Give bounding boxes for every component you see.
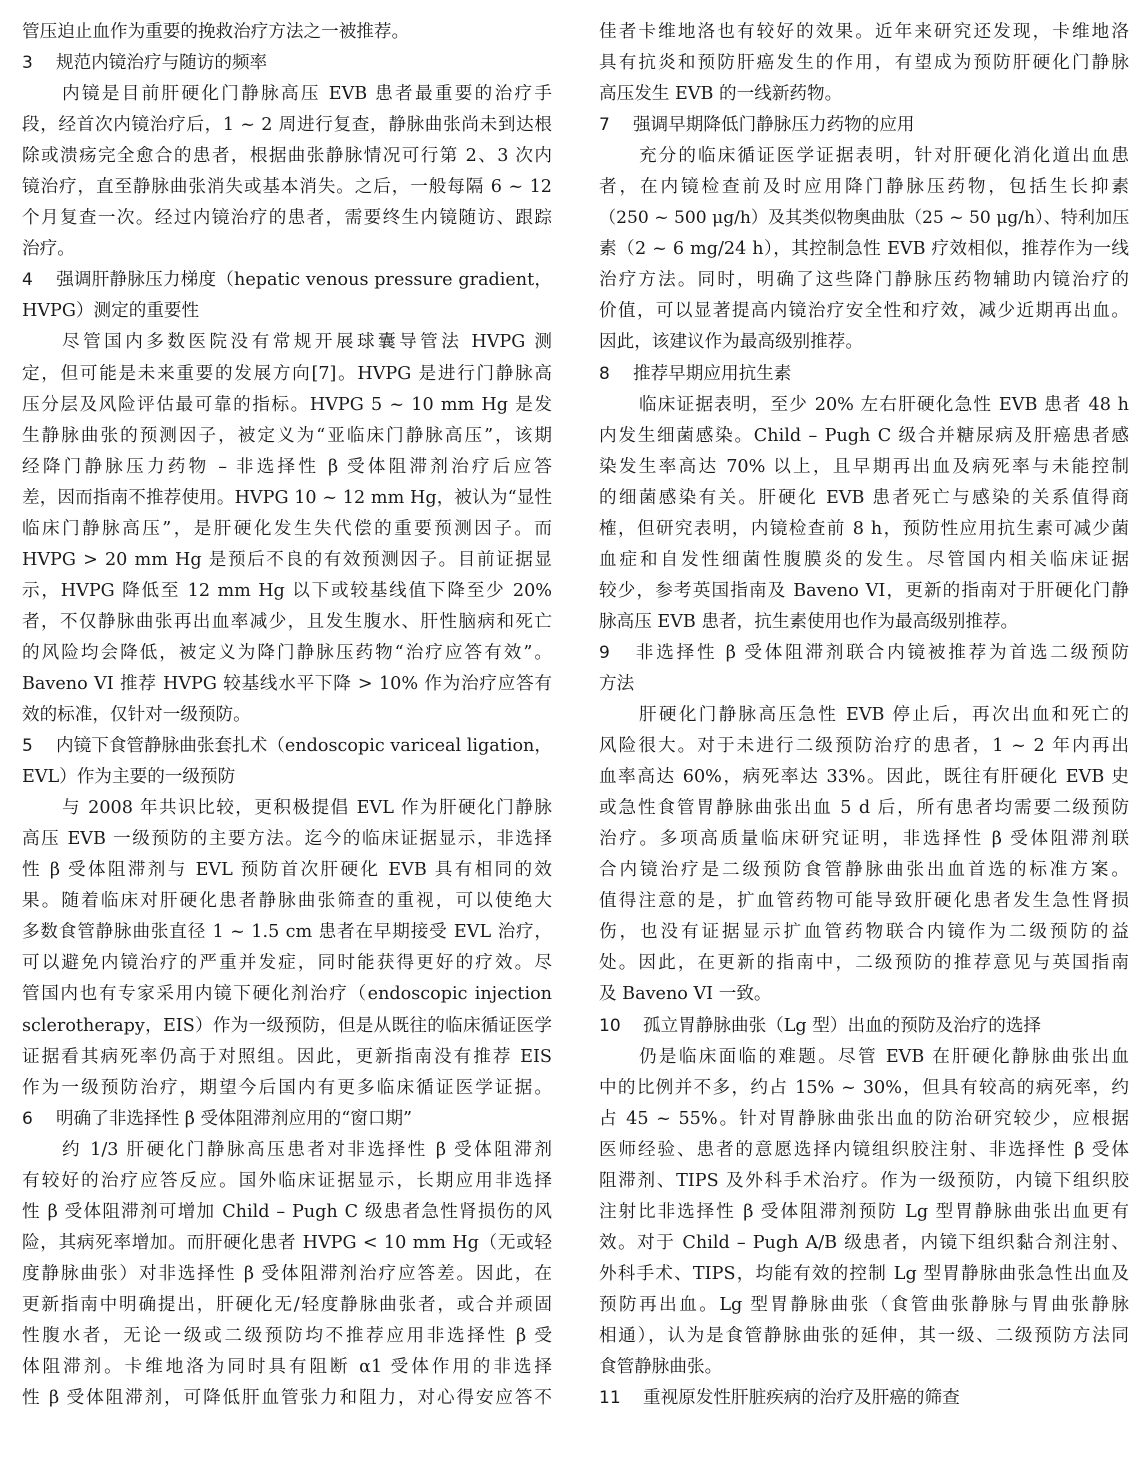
paragraph-line: 具有抗炎和预防肝癌发生的作用，有望成为预防肝硬化门静脉 (599, 48, 1129, 79)
paragraph-line: （250 ~ 500 μg/h）及其类似物奥曲肽（25 ~ 50 μg/h）、特… (599, 203, 1129, 234)
paragraph-line: 可以避免内镜治疗的严重并发症，同时能获得更好的疗效。尽 (22, 948, 552, 979)
paragraph-line: 差，因而指南不推荐使用。HVPG 10 ~ 12 mm Hg，被认为“显性 (22, 483, 552, 514)
paragraph-line: 榷，但研究表明，内镜检查前 8 h，预防性应用抗生素可减少菌 (599, 514, 1129, 545)
paragraph-line: 经降门静脉压力药物 – 非选择性 β 受体阻滞剂治疗后应答 (22, 452, 552, 483)
section-title: 明确了非选择性 β 受体阻滞剂应用的“窗口期” (56, 1109, 412, 1129)
paragraph-line: 占 45 ~ 55%。针对胃静脉曲张出血的防治研究较少，应根据 (599, 1104, 1129, 1135)
paragraph-line: 食管静脉曲张。 (599, 1352, 1129, 1383)
paragraph-line: 高压 EVB 一级预防的主要方法。迄今的临床证据显示，非选择 (22, 824, 552, 855)
paragraph-line: EVL）作为主要的一级预防 (22, 762, 552, 793)
paragraph-line: 佳者卡维地洛也有较好的效果。近年来研究还发现，卡维地洛 (599, 17, 1129, 48)
paragraph-line: 治疗方法。同时，明确了这些降门静脉压药物辅助内镜治疗的 (599, 265, 1129, 296)
paragraph-line: 内发生细菌感染。Child – Pugh C 级合并糖尿病及肝癌患者感 (599, 421, 1129, 452)
section-title: 推荐早期应用抗生素 (633, 364, 791, 384)
section-title: 内镜下食管静脉曲张套扎术（endoscopic variceal ligatio… (56, 736, 552, 756)
paragraph-first-line: 肝硬化门静脉高压急性 EVB 停止后，再次出血和死亡的 (599, 700, 1129, 731)
paragraph-line: 性 β 受体阻滞剂，可降低肝血管张力和阻力，对心得安应答不 (22, 1383, 552, 1414)
paragraph-line: 段，经首次内镜治疗后，1 ~ 2 周进行复查，静脉曲张尚未到达根 (22, 110, 552, 141)
paragraph-line: 处。因此，在更新的指南中，二级预防的推荐意见与英国指南 (599, 948, 1129, 979)
paragraph-line: 治疗。 (22, 234, 552, 265)
paragraph-line: 脉高压 EVB 患者，抗生素使用也作为最高级别推荐。 (599, 607, 1129, 638)
paragraph-line: 预防再出血。Lg 型胃静脉曲张（食管曲张静脉与胃曲张静脉 (599, 1290, 1129, 1321)
paragraph-line: 作为一级预防治疗，期望今后国内有更多临床循证医学证据。 (22, 1073, 552, 1104)
paragraph-line: 的细菌感染有关。肝硬化 EVB 患者死亡与感染的关系值得商 (599, 483, 1129, 514)
paragraph-line: 相通），认为是食管静脉曲张的延伸，其一级、二级预防方法同 (599, 1321, 1129, 1352)
paragraph-line: 除或溃疡完全愈合的患者，根据曲张静脉情况可行第 2、3 次内 (22, 141, 552, 172)
section-title: 规范内镜治疗与随访的频率 (56, 53, 267, 73)
paragraph-line: HVPG）测定的重要性 (22, 296, 552, 327)
right-column: 佳者卡维地洛也有较好的效果。近年来研究还发现，卡维地洛具有抗炎和预防肝癌发生的作… (599, 17, 1129, 1414)
section-title: 孤立胃静脉曲张（Lg 型）出血的预防及治疗的选择 (643, 1016, 1041, 1036)
paragraph-line: 效。对于 Child – Pugh A/B 级患者，内镜下组织黏合剂注射、 (599, 1228, 1129, 1259)
section-title: 重视原发性肝脏疾病的治疗及肝癌的筛查 (643, 1388, 960, 1408)
section-heading: 3规范内镜治疗与随访的频率 (22, 48, 552, 79)
paragraph-line: 注射比非选择性 β 受体阻滞剂预防 Lg 型胃静脉曲张出血更有 (599, 1197, 1129, 1228)
paragraph-line: 合内镜治疗是二级预防食管静脉曲张出血首选的标准方案。 (599, 855, 1129, 886)
paragraph-line: 外科手术、TIPS，均能有效的控制 Lg 型胃静脉曲张急性出血及 (599, 1259, 1129, 1290)
paragraph-line: 染发生率高达 70% 以上，且早期再出血及病死率与未能控制 (599, 452, 1129, 483)
section-heading: 8推荐早期应用抗生素 (599, 359, 1129, 390)
section-heading: 6明确了非选择性 β 受体阻滞剂应用的“窗口期” (22, 1104, 552, 1135)
paragraph-line: 医师经验、患者的意愿选择内镜组织胶注射、非选择性 β 受体 (599, 1135, 1129, 1166)
paragraph-line: 阻滞剂、TIPS 及外科手术治疗。作为一级预防，内镜下组织胶 (599, 1166, 1129, 1197)
paragraph-line: 更新指南中明确提出，肝硬化无/轻度静脉曲张者，或合并顽固 (22, 1290, 552, 1321)
paragraph-line: 方法 (599, 669, 1129, 700)
paragraph-line: 的风险均会降低，被定义为降门静脉压药物“治疗应答有效”。 (22, 638, 552, 669)
paragraph-first-line: 充分的临床循证医学证据表明，针对肝硬化消化道出血患 (599, 141, 1129, 172)
paragraph-line: 效的标准，仅针对一级预防。 (22, 700, 552, 731)
paragraph-line: 高压发生 EVB 的一线新药物。 (599, 79, 1129, 110)
section-heading: 4强调肝静脉压力梯度（hepatic venous pressure gradi… (22, 265, 552, 296)
paragraph-line: 体阻滞剂。卡维地洛为同时具有阻断 α1 受体作用的非选择 (22, 1352, 552, 1383)
paragraph-line: 素（2 ~ 6 mg/24 h），其控制急性 EVB 疗效相似，推荐作为一线 (599, 234, 1129, 265)
paragraph-line: 及 Baveno VI 一致。 (599, 979, 1129, 1010)
paragraph-line: 或急性食管胃静脉曲张出血 5 d 后，所有患者均需要二级预防 (599, 793, 1129, 824)
paragraph-line: 证据看其病死率仍高于对照组。因此，更新指南没有推荐 EIS (22, 1042, 552, 1073)
section-number: 11 (599, 1383, 643, 1414)
section-number: 4 (22, 265, 56, 296)
paragraph-first-line: 尽管国内多数医院没有常规开展球囊导管法 HVPG 测 (22, 327, 552, 358)
paragraph-line: 压分层及风险评估最可靠的指标。HVPG 5 ~ 10 mm Hg 是发 (22, 390, 552, 421)
paragraph-line: 性 β 受体阻滞剂与 EVL 预防首次肝硬化 EVB 具有相同的效 (22, 855, 552, 886)
paragraph-line: 性腹水者，无论一级或二级预防均不推荐应用非选择性 β 受 (22, 1321, 552, 1352)
section-title: 强调早期降低门静脉压力药物的应用 (633, 115, 915, 135)
section-number: 5 (22, 731, 56, 762)
paragraph-line: HVPG > 20 mm Hg 是预后不良的有效预测因子。目前证据显 (22, 545, 552, 576)
paragraph-first-line: 与 2008 年共识比较，更积极提倡 EVL 作为肝硬化门静脉 (22, 793, 552, 824)
section-number: 6 (22, 1104, 56, 1135)
paragraph-line: 管国内也有专家采用内镜下硬化剂治疗（endoscopic injection (22, 979, 552, 1010)
paragraph-line: 生静脉曲张的预测因子，被定义为“亚临床门静脉高压”，该期 (22, 421, 552, 452)
paragraph-line: 镜治疗，直至静脉曲张消失或基本消失。之后，一般每隔 6 ~ 12 (22, 172, 552, 203)
paragraph-line: 因此，该建议作为最高级别推荐。 (599, 327, 1129, 358)
paragraph-line: Baveno VI 推荐 HVPG 较基线水平下降 > 10% 作为治疗应答有 (22, 669, 552, 700)
paragraph-line: 值得注意的是，扩血管药物可能导致肝硬化患者发生急性肾损 (599, 886, 1129, 917)
section-title: 非选择性 β 受体阻滞剂联合内镜被推荐为首选二级预防 (633, 643, 1129, 663)
section-heading: 9非选择性 β 受体阻滞剂联合内镜被推荐为首选二级预防 (599, 638, 1129, 669)
paragraph-line: 性 β 受体阻滞剂可增加 Child – Pugh C 级患者急性肾损伤的风 (22, 1197, 552, 1228)
paragraph-line: 伤，也没有证据显示扩血管药物联合内镜作为二级预防的益 (599, 917, 1129, 948)
section-heading: 5内镜下食管静脉曲张套扎术（endoscopic variceal ligati… (22, 731, 552, 762)
paragraph-first-line: 约 1/3 肝硬化门静脉高压患者对非选择性 β 受体阻滞剂 (22, 1135, 552, 1166)
section-heading: 10孤立胃静脉曲张（Lg 型）出血的预防及治疗的选择 (599, 1011, 1129, 1042)
section-number: 8 (599, 359, 633, 390)
section-number: 10 (599, 1011, 643, 1042)
section-number: 3 (22, 48, 56, 79)
paragraph-line: 果。随着临床对肝硬化患者静脉曲张筛查的重视，可以使绝大 (22, 886, 552, 917)
paragraph-line: 价值，可以显著提高内镜治疗安全性和疗效，减少近期再出血。 (599, 296, 1129, 327)
paragraph-line: 临床门静脉高压”，是肝硬化发生失代偿的重要预测因子。而 (22, 514, 552, 545)
paragraph-line: 血症和自发性细菌性腹膜炎的发生。尽管国内相关临床证据 (599, 545, 1129, 576)
paragraph-first-line: 临床证据表明，至少 20% 左右肝硬化急性 EVB 患者 48 h (599, 390, 1129, 421)
section-heading: 7强调早期降低门静脉压力药物的应用 (599, 110, 1129, 141)
paragraph-line: 有较好的治疗应答反应。国外临床证据显示，长期应用非选择 (22, 1166, 552, 1197)
paragraph-line: 者，不仅静脉曲张再出血率减少，且发生腹水、肝性脑病和死亡 (22, 607, 552, 638)
paragraph-line: 者，在内镜检查前及时应用降门静脉压药物，包括生长抑素 (599, 172, 1129, 203)
paragraph-line: 血率高达 60%，病死率达 33%。因此，既往有肝硬化 EVB 史 (599, 762, 1129, 793)
paragraph-line: 定，但可能是未来重要的发展方向[7]。HVPG 是进行门静脉高 (22, 359, 552, 390)
paragraph-first-line: 仍是临床面临的难题。尽管 EVB 在肝硬化静脉曲张出血 (599, 1042, 1129, 1073)
section-heading: 11重视原发性肝脏疾病的治疗及肝癌的筛查 (599, 1383, 1129, 1414)
section-number: 7 (599, 110, 633, 141)
paragraph-line: 个月复查一次。经过内镜治疗的患者，需要终生内镜随访、跟踪 (22, 203, 552, 234)
paragraph-line: 度静脉曲张）对非选择性 β 受体阻滞剂治疗应答差。因此，在 (22, 1259, 552, 1290)
paragraph-line: 险，其病死率增加。而肝硬化患者 HVPG < 10 mm Hg（无或轻 (22, 1228, 552, 1259)
paragraph-first-line: 内镜是目前肝硬化门静脉高压 EVB 患者最重要的治疗手 (22, 79, 552, 110)
paragraph-line: 治疗。多项高质量临床研究证明，非选择性 β 受体阻滞剂联 (599, 824, 1129, 855)
section-number: 9 (599, 638, 633, 669)
paragraph-line: 多数食管静脉曲张直径 1 ~ 1.5 cm 患者在早期接受 EVL 治疗， (22, 917, 552, 948)
paragraph-line: 较少，参考英国指南及 Baveno VI，更新的指南对于肝硬化门静 (599, 576, 1129, 607)
paragraph-line: 风险很大。对于未进行二级预防治疗的患者，1 ~ 2 年内再出 (599, 731, 1129, 762)
paragraph-line: 中的比例并不多，约占 15% ~ 30%，但具有较高的病死率，约 (599, 1073, 1129, 1104)
left-column: 管压迫止血作为重要的挽救治疗方法之一被推荐。3规范内镜治疗与随访的频率内镜是目前… (22, 17, 552, 1414)
section-title: 强调肝静脉压力梯度（hepatic venous pressure gradie… (56, 270, 552, 290)
paragraph-line: 示，HVPG 降低至 12 mm Hg 以下或较基线值下降至少 20% (22, 576, 552, 607)
paragraph-line: 管压迫止血作为重要的挽救治疗方法之一被推荐。 (22, 17, 552, 48)
paragraph-line: sclerotherapy，EIS）作为一级预防，但是从既往的临床循证医学 (22, 1011, 552, 1042)
